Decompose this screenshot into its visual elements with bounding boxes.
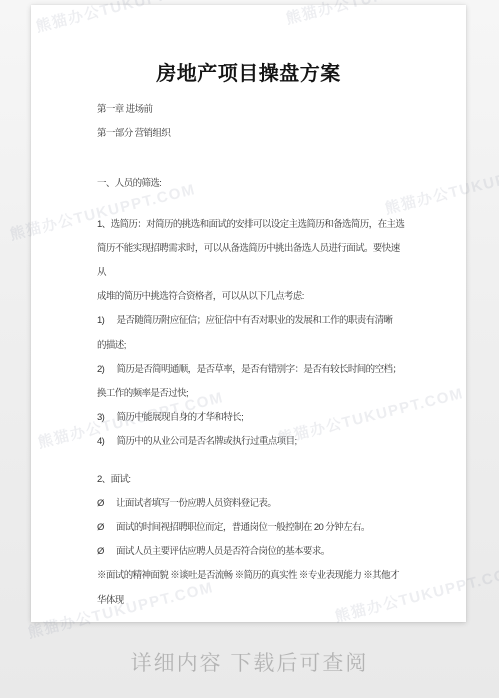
section-title-interview: 2、面试:: [97, 468, 407, 492]
chapter-heading: 第一章 进场前: [97, 98, 407, 122]
document-content: 第一章 进场前 第一部分 营销组织 一、人员的筛选: 1、选简历：对简历的挑选和…: [31, 98, 466, 613]
document-title: 房地产项目操盘方案: [31, 62, 466, 86]
numbered-item-4: 4) 简历中的从业公司是否名牌或执行过重点项目;: [97, 430, 407, 454]
bullet-item-3: Ø 面试人员主要评估应聘人员是否符合岗位的基本要求。: [97, 540, 407, 564]
numbered-item-3: 3) 简历中能展现自身的才华和特长;: [97, 406, 407, 430]
numbered-item-2: 2) 简历是否简明通顺，是否草率，是否有错别字：是否有较长时间的空档； 换工作的…: [97, 358, 407, 406]
download-notice: 详细内容 下载后可查阅: [0, 649, 499, 679]
note-line: ※面试的精神面貌 ※谈吐是否流畅 ※简历的真实性 ※专业表现能力 ※其他才 华体…: [97, 564, 407, 612]
bullet-item-1: Ø 让面试者填写一份应聘人员资料登记表。: [97, 492, 407, 516]
section-title-personnel-screening: 一、人员的筛选:: [97, 172, 407, 196]
document-page: 房地产项目操盘方案 第一章 进场前 第一部分 营销组织 一、人员的筛选: 1、选…: [31, 5, 466, 622]
paragraph-resume-selection: 1、选简历：对简历的挑选和面试的安排可以设定主选简历和备选简历，在主选 简历不能…: [97, 213, 407, 310]
part-heading: 第一部分 营销组织: [97, 122, 407, 146]
bullet-item-2: Ø 面试的时间视招聘职位而定，普通岗位一般控制在 20 分钟左右。: [97, 516, 407, 540]
numbered-item-1: 1) 是否随简历附应征信；应征信中有否对职业的发展和工作的职责有清晰 的描述;: [97, 309, 407, 357]
